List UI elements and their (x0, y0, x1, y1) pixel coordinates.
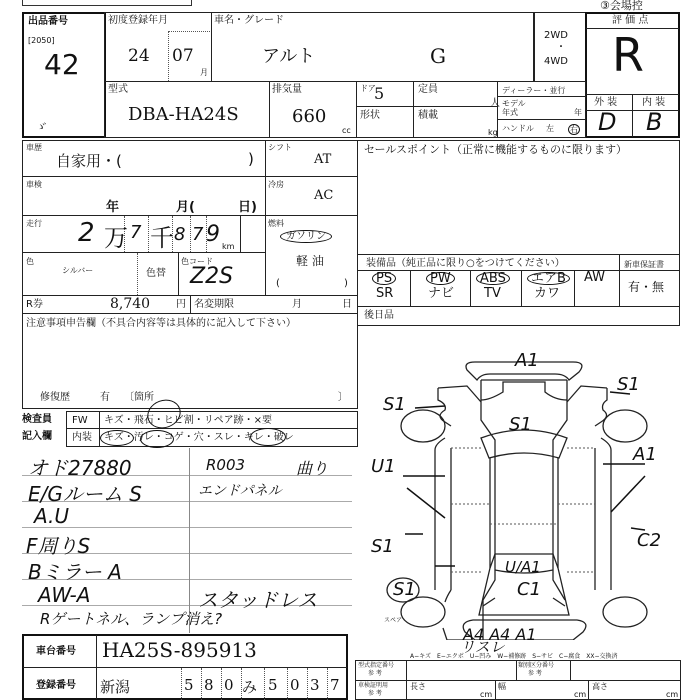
note-au: A.U (34, 504, 69, 528)
note-engine-room: E/Gルーム S (28, 478, 142, 507)
handle-left: 左 (546, 124, 554, 133)
equip-pw: PW (426, 272, 455, 285)
sales-points-label: セールスポイント（正常に機能するものに限ります） (364, 144, 627, 155)
mark-front-bumper: A1 (514, 350, 539, 371)
recycle-value: 8,740 (110, 296, 150, 312)
equip-tv: TV (484, 288, 501, 299)
sales-equipment-block (357, 140, 680, 326)
equip-aw: AW (584, 272, 605, 283)
color-value: シルバー (62, 266, 93, 275)
equip-sr: SR (376, 288, 393, 299)
car-name-label: 車名・グレード (214, 15, 284, 26)
equipment-label: 装備品（純正品に限り○をつけてください） (366, 258, 565, 269)
color-code: Z2S (190, 264, 233, 289)
mark-right-rear-quarter: C2 (637, 530, 661, 551)
fuel-diesel: 軽 油 (296, 256, 324, 267)
lot-code: [2050] (28, 36, 55, 45)
note-odometer: オド27880 (28, 452, 132, 481)
reg-region: 新潟 (100, 676, 130, 697)
ac-value: AC (314, 188, 333, 203)
mark-hood: S1 (509, 414, 532, 435)
note-end-panel: エンドパネル (198, 480, 282, 500)
mark-left-front-door: U1 (371, 456, 396, 477)
note-rear-gate: Rゲートネル、ランプ消え? (40, 608, 222, 629)
car-name: アルト (262, 42, 315, 68)
mark-spare: S1 (393, 579, 416, 600)
reg-year: 24 (128, 46, 150, 66)
later-items-label: 後日品 (364, 310, 394, 321)
reg-month: 07 (172, 46, 194, 66)
top-strip (22, 0, 192, 6)
lot-label: 出品番号 (28, 16, 68, 27)
equip-leather: カワ (534, 288, 560, 299)
car-grade: G (430, 44, 446, 68)
spare-label: スペア (384, 616, 402, 625)
shift-value: AT (314, 152, 331, 167)
interior-score: B (646, 108, 662, 136)
note-studless: スタッドレス (198, 584, 317, 613)
exterior-score: D (598, 108, 616, 136)
notes-label: 注意事項申告欄（不具合内容等は具体的に記入して下さい） (26, 318, 296, 329)
score-label: 評 価 点 (612, 15, 648, 26)
mark-back-door: C1 (517, 579, 541, 600)
chassis-number: HA25S-895913 (102, 638, 257, 662)
equip-airbag: エアB (527, 272, 570, 285)
note-mirror: Bミラー A (28, 556, 122, 585)
mark-right-front-fender: S1 (617, 374, 640, 395)
mark-left-rear-quarter: S1 (371, 536, 394, 557)
note-aw: AW-A (38, 583, 90, 607)
car-diagram: A1 S1 S1 S1 U1 A1 S1 C2 U/A1 C1 S1 A4 A4… (355, 340, 700, 640)
score-value: R (612, 28, 644, 82)
inspector-row1: キズ・飛石・ヒビ割・リペア跡・×要 (104, 415, 272, 426)
copy-label: ③会場控 (600, 0, 643, 11)
doors-value: 5 (374, 84, 384, 103)
fuel-gasoline: ガソリン (280, 230, 332, 243)
equip-abs: ABS (476, 272, 510, 285)
note-r003: R003 (206, 456, 245, 474)
warranty-value: 有・無 (628, 282, 664, 293)
mark-rear-window: U/A1 (505, 558, 541, 576)
first-registration-label: 初度登録年月 (108, 15, 168, 26)
model-value: DBA-HA24S (128, 104, 239, 125)
equip-navi: ナビ (428, 288, 454, 299)
displacement-value: 660 (292, 106, 326, 127)
note-front: F周りS (26, 530, 90, 559)
note-bent: 曲り (296, 456, 328, 479)
mark-right-front-door: A1 (632, 444, 657, 465)
lot-number: 42 (44, 48, 80, 81)
history-value: 自家用・( (56, 150, 122, 171)
mark-left-front-fender: S1 (383, 394, 406, 415)
mileage-man: 2 (78, 218, 95, 248)
equip-ps: PS (372, 272, 396, 285)
lot-mark: ゞ (34, 118, 46, 135)
handle-right: 右 (568, 124, 580, 135)
